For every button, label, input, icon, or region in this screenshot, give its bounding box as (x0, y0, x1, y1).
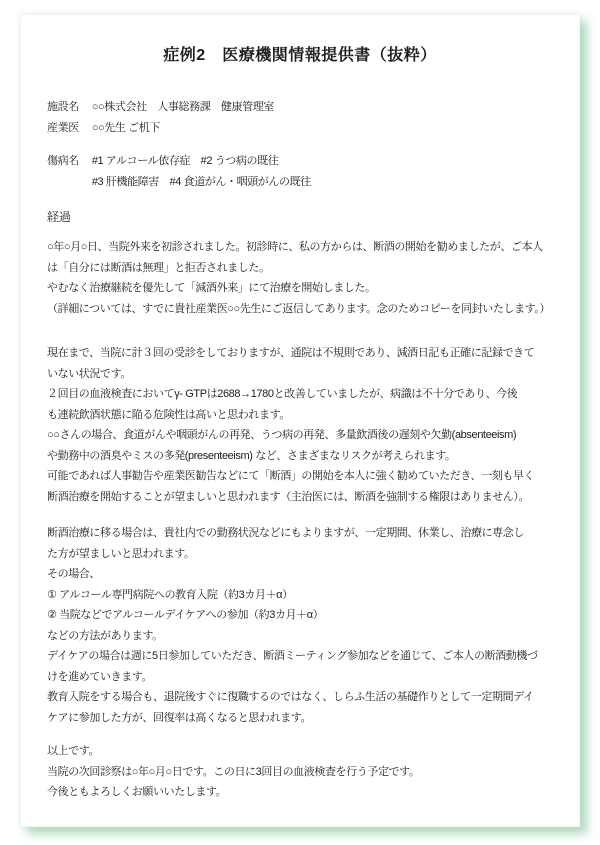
facility-field-row: 施設名 ○○株式会社 人事総務課 健康管理室 (47, 97, 565, 118)
facility-value: ○○株式会社 人事総務課 健康管理室 (92, 97, 274, 118)
diagnosis-value: #1 アルコール依存症 #2 うつ病の既往 #3 肝機能障害 #4 食道がん・咽… (92, 151, 311, 193)
progress-paragraph-current-status: 現在まで、当院に計３回の受診をしておりますが、通院は不規則であり、減酒日記も正確… (47, 343, 565, 507)
page-background: { "colors": { "page_background": "#fffff… (0, 0, 600, 845)
diagnosis-field-row: 傷病名 #1 アルコール依存症 #2 うつ病の既往 #3 肝機能障害 #4 食道… (47, 151, 565, 193)
facility-label: 施設名 (47, 97, 79, 118)
physician-field-row: 産業医 ○○先生 ご机下 (47, 118, 565, 139)
progress-paragraph-treatment-options: 断酒治療に移る場合は、貴社内での勤務状況などにもよりますが、一定期間、休業し、治… (47, 523, 565, 728)
progress-paragraph-initial-visit: ○年○月○日、当院外来を初診されました。初診時に、私の方からは、断酒の開始を勧め… (47, 237, 565, 319)
document-card: 症例2 医療機関情報提供書（抜粋） 施設名 ○○株式会社 人事総務課 健康管理室… (20, 14, 580, 827)
diagnosis-label: 傷病名 (47, 151, 79, 193)
closing-paragraph: 以上です。 当院の次回診察は○年○月○日です。この日に3回目の血液検査を行う予定… (47, 741, 565, 803)
progress-section-heading: 経過 (47, 207, 565, 228)
physician-label: 産業医 (47, 118, 79, 139)
physician-value: ○○先生 ご机下 (92, 118, 160, 139)
document-title: 症例2 医療機関情報提供書（抜粋） (47, 44, 553, 68)
